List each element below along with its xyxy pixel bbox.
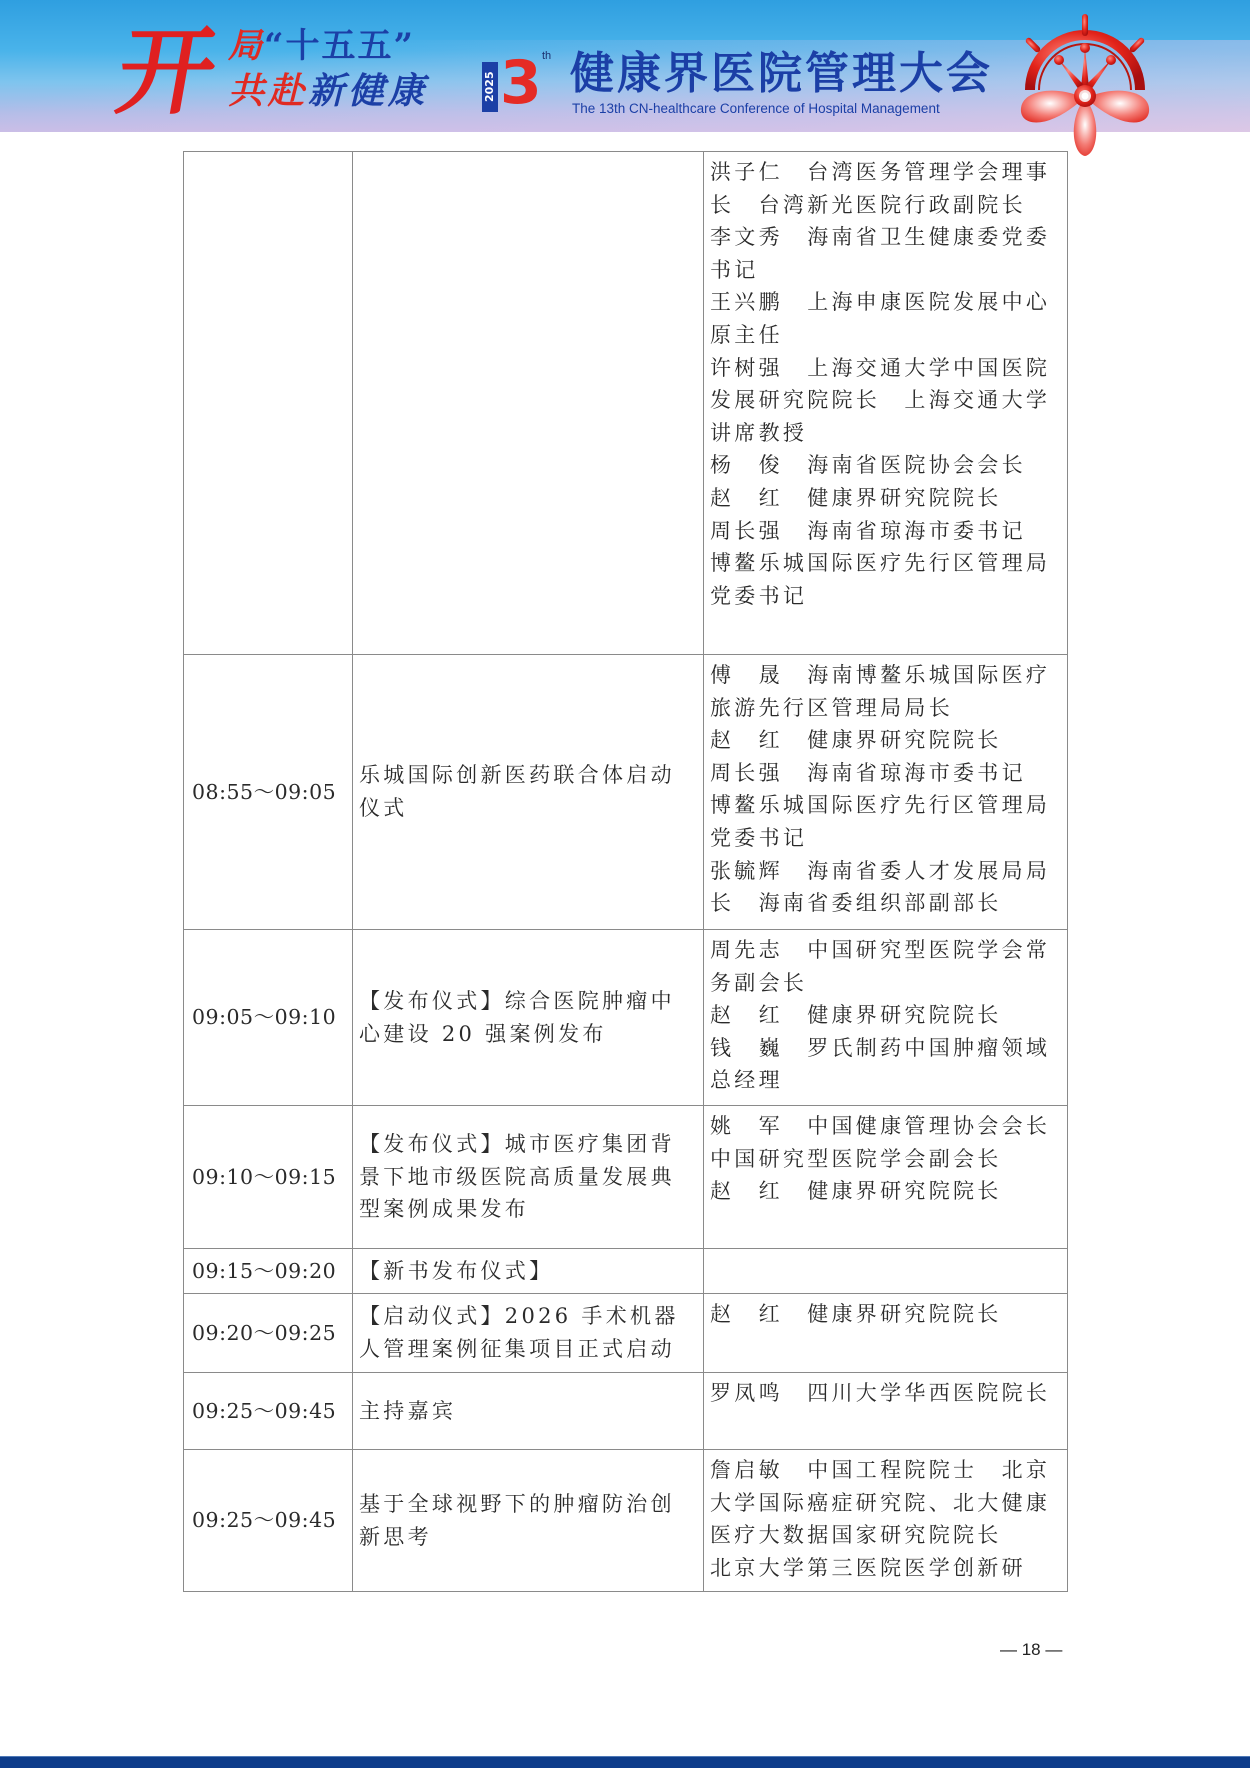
agenda-topic: 基于全球视野下的肿瘤防治创新思考 [353,1450,704,1592]
agenda-guests [704,1249,1068,1294]
guest-entry: 杨 俊 海南省医院协会会长 [710,449,1063,482]
guest-entry: 张毓辉 海南省委人才发展局局长 海南省委组织部副部长 [710,855,1063,920]
agenda-row: 洪子仁 台湾医务管理学会理事长 台湾新光医院行政副院长 李文秀 海南省卫生健康委… [184,152,1068,655]
agenda-topic: 【发布仪式】综合医院肿瘤中心建设 20 强案例发布 [353,930,704,1106]
agenda-guests: 罗凤鸣 四川大学华西医院院长 [704,1373,1068,1450]
slogan-line1-prefix: 局 [228,26,264,66]
agenda-guests: 赵 红 健康界研究院院长 [704,1294,1068,1373]
agenda-guests: 姚 军 中国健康管理协会会长 中国研究型医院学会副会长 赵 红 健康界研究院院长 [704,1106,1068,1249]
guest-entry: 赵 红 健康界研究院院长 [710,1298,1063,1331]
agenda-row: 09:05～09:10 【发布仪式】综合医院肿瘤中心建设 20 强案例发布 周先… [184,930,1068,1106]
guest-entry: 周长强 海南省琼海市委书记 [710,515,1063,548]
guest-entry: 詹启敏 中国工程院院士 北京大学国际癌症研究院、北大健康医疗大数据国家研究院院长 [710,1454,1063,1552]
agenda-time [184,152,353,655]
footer-bar [0,1756,1250,1768]
slogan-line2-red: 共赴 [228,70,308,112]
agenda-time: 09:15～09:20 [184,1249,353,1294]
agenda-topic: 【发布仪式】城市医疗集团背景下地市级医院高质量发展典型案例成果发布 [353,1106,704,1249]
agenda-time: 09:10～09:15 [184,1106,353,1249]
agenda-topic [353,152,704,655]
conference-subtitle: The 13th CN-healthcare Conference of Hos… [572,101,940,117]
agenda-row: 09:25～09:45 主持嘉宾 罗凤鸣 四川大学华西医院院长 [184,1373,1068,1450]
guest-entry: 姚 军 中国健康管理协会会长 中国研究型医院学会副会长 [710,1110,1063,1175]
agenda-time: 09:25～09:45 [184,1450,353,1592]
agenda-topic: 乐城国际创新医药联合体启动仪式 [353,655,704,930]
slogan-line2-blue: 新健康 [308,70,428,112]
agenda-row: 09:20～09:25 【启动仪式】2026 手术机器人管理案例征集项目正式启动… [184,1294,1068,1373]
agenda-row: 09:15～09:20 【新书发布仪式】 [184,1249,1068,1294]
agenda-row: 09:10～09:15 【发布仪式】城市医疗集团背景下地市级医院高质量发展典型案… [184,1106,1068,1249]
guest-entry: 赵 红 健康界研究院院长 [710,1175,1063,1208]
agenda-row: 09:25～09:45 基于全球视野下的肿瘤防治创新思考 詹启敏 中国工程院院士… [184,1450,1068,1592]
agenda-topic: 主持嘉宾 [353,1373,704,1450]
guest-entry: 北京大学第三医院医学创新研 [710,1552,1063,1585]
guest-entry: 博鳌乐城国际医疗先行区管理局党委书记 [710,547,1063,612]
agenda-guests: 傅 晟 海南博鳌乐城国际医疗旅游先行区管理局局长 赵 红 健康界研究院院长 周长… [704,655,1068,930]
guest-entry: 赵 红 健康界研究院院长 [710,724,1063,757]
agenda-table: 洪子仁 台湾医务管理学会理事长 台湾新光医院行政副院长 李文秀 海南省卫生健康委… [183,151,1068,1592]
slogan-line1-quote: “十五五” [264,26,415,66]
edition-number: 3 [500,52,542,114]
agenda-time: 09:25～09:45 [184,1373,353,1450]
guest-entry: 周长强 海南省琼海市委书记 [710,757,1063,790]
slogan-line-1: 局“十五五” [228,26,415,66]
edition-suffix: th [542,50,551,62]
agenda-guests: 洪子仁 台湾医务管理学会理事长 台湾新光医院行政副院长 李文秀 海南省卫生健康委… [704,152,1068,655]
slogan-line-2: 共赴新健康 [228,70,428,112]
conference-banner: 开 局“十五五” 共赴新健康 2025 3 th 健康界医院管理大会 The 1… [0,0,1250,132]
guest-entry: 赵 红 健康界研究院院长 [710,482,1063,515]
page-number: — 18 — [1000,1640,1062,1660]
guest-entry: 博鳌乐城国际医疗先行区管理局党委书记 [710,789,1063,854]
guest-entry: 周先志 中国研究型医院学会常务副会长 [710,934,1063,999]
agenda-time: 08:55～09:05 [184,655,353,930]
agenda-time: 09:20～09:25 [184,1294,353,1373]
guest-entry: 罗凤鸣 四川大学华西医院院长 [710,1377,1063,1410]
slogan-kai-character: 开 [108,22,237,132]
conference-title: 健康界医院管理大会 [570,48,993,100]
agenda-guests: 周先志 中国研究型医院学会常务副会长 赵 红 健康界研究院院长 钱 巍 罗氏制药… [704,930,1068,1106]
guest-entry: 钱 巍 罗氏制药中国肿瘤领域总经理 [710,1032,1063,1097]
agenda-time: 09:05～09:10 [184,930,353,1106]
guest-entry: 王兴鹏 上海申康医院发展中心原主任 [710,286,1063,351]
agenda-topic: 【新书发布仪式】 [353,1249,704,1294]
edition-year: 2025 [482,62,498,112]
agenda-guests: 詹启敏 中国工程院院士 北京大学国际癌症研究院、北大健康医疗大数据国家研究院院长… [704,1450,1068,1592]
edition-logo: 2025 3 th [482,52,548,114]
guest-entry: 傅 晟 海南博鳌乐城国际医疗旅游先行区管理局局长 [710,659,1063,724]
agenda-row: 08:55～09:05 乐城国际创新医药联合体启动仪式 傅 晟 海南博鳌乐城国际… [184,655,1068,930]
guest-entry: 李文秀 海南省卫生健康委党委书记 [710,221,1063,286]
guest-entry: 洪子仁 台湾医务管理学会理事长 台湾新光医院行政副院长 [710,156,1063,221]
guest-entry: 赵 红 健康界研究院院长 [710,999,1063,1032]
ship-wheel-propeller-icon [1015,8,1155,158]
guest-entry: 许树强 上海交通大学中国医院发展研究院院长 上海交通大学讲席教授 [710,352,1063,450]
agenda-topic: 【启动仪式】2026 手术机器人管理案例征集项目正式启动 [353,1294,704,1373]
